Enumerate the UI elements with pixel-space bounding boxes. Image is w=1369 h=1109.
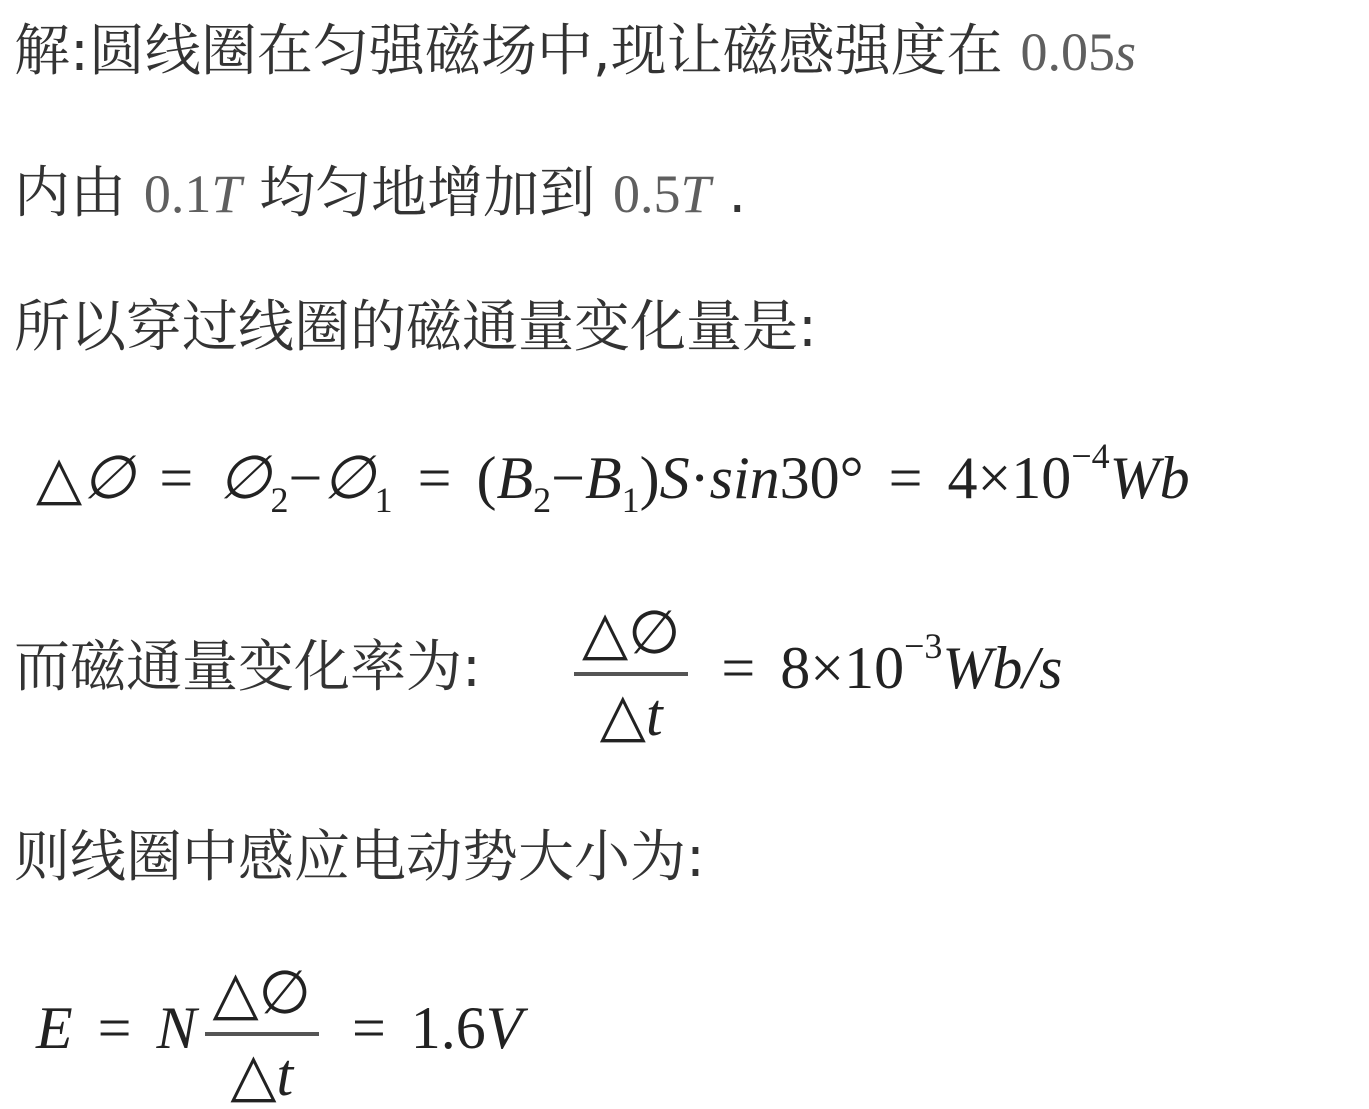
B2-symbol: B	[496, 445, 533, 511]
close-paren: )	[640, 445, 660, 511]
solution-line-4: 而磁通量变化率为:	[14, 640, 481, 696]
field-initial-number: 0.1	[144, 164, 212, 224]
equals-sign: =	[408, 445, 462, 511]
B1-subscript: 1	[622, 480, 640, 520]
emf-symbol: E	[36, 995, 73, 1061]
phi2-symbol: ∅	[218, 445, 270, 511]
solution-line-1: 解:圆线圈在匀强磁场中,现让磁感强度在 0.05s	[14, 24, 1136, 80]
phi-symbol: ∅	[82, 445, 134, 511]
time-value: 0.05s	[1020, 22, 1136, 82]
phi1-symbol: ∅	[322, 445, 374, 511]
turns-symbol: N	[157, 995, 197, 1061]
fraction-denominator: △t	[574, 682, 688, 748]
field-final-value: 0.5T	[613, 164, 711, 224]
period: .	[728, 161, 746, 226]
fraction-numerator: △∅	[205, 960, 319, 1026]
dot-operator: ·	[690, 445, 710, 511]
time-variable: t	[276, 1042, 293, 1108]
fraction-numerator: △∅	[574, 600, 688, 666]
field-initial-unit: T	[211, 164, 241, 224]
time-number: 0.05	[1020, 22, 1115, 82]
delta-symbol: △	[230, 1042, 276, 1108]
open-paren: (	[476, 445, 496, 511]
flux-rate-equation: △∅ △t = 8×10−3Wb/s	[566, 600, 1062, 748]
phi2-subscript: 2	[271, 480, 289, 520]
emf-heading: 则线圈中感应电动势大小为:	[14, 825, 705, 890]
emf-equation: E = N △∅ △t = 1.6V	[36, 960, 522, 1108]
flux-exponent: −4	[1071, 436, 1109, 476]
flux-rate-fraction: △∅ △t	[574, 600, 688, 748]
text-segment: 均匀地增加到	[259, 161, 595, 226]
flux-coefficient: 4×10	[947, 445, 1071, 511]
solution-line-3: 所以穿过线圈的磁通量变化量是:	[14, 300, 817, 356]
flux-change-heading: 所以穿过线圈的磁通量变化量是:	[14, 295, 817, 360]
equals-sign: =	[88, 995, 142, 1061]
rate-unit: Wb/s	[942, 635, 1062, 701]
phi1-subscript: 1	[375, 480, 393, 520]
emf-unit: V	[486, 995, 523, 1061]
minus-sign: −	[551, 445, 585, 511]
time-unit: s	[1115, 22, 1136, 82]
B1-symbol: B	[585, 445, 622, 511]
equals-sign: =	[879, 445, 933, 511]
delta-symbol: △	[36, 445, 82, 511]
sin-function: sin	[710, 445, 780, 511]
rate-coefficient: 8×10	[780, 635, 904, 701]
fraction-bar	[205, 1032, 319, 1036]
field-final-number: 0.5	[613, 164, 681, 224]
time-variable: t	[646, 682, 663, 748]
fraction-denominator: △t	[205, 1042, 319, 1108]
delta-symbol: △	[600, 682, 646, 748]
B2-subscript: 2	[533, 480, 551, 520]
area-symbol: S	[660, 445, 690, 511]
rate-exponent: −3	[904, 626, 942, 666]
field-final-unit: T	[680, 164, 710, 224]
solution-line-2: 内由 0.1T 均匀地增加到 0.5T .	[14, 166, 746, 222]
field-initial-value: 0.1T	[144, 164, 242, 224]
minus-sign: −	[289, 445, 323, 511]
equals-sign: =	[342, 995, 396, 1061]
emf-value: 1.6	[411, 995, 486, 1061]
equals-sign: =	[711, 635, 765, 701]
flux-change-equation: △∅ = ∅2−∅1 = (B2−B1)S·sin30° = 4×10−4Wb	[36, 438, 1190, 518]
emf-fraction: △∅ △t	[205, 960, 319, 1108]
flux-unit: Wb	[1110, 445, 1190, 511]
solution-text: 解:圆线圈在匀强磁场中,现让磁感强度在	[14, 19, 1003, 84]
flux-rate-heading: 而磁通量变化率为:	[14, 635, 481, 700]
angle-value: 30°	[780, 445, 864, 511]
text-segment: 内由	[14, 161, 126, 226]
solution-line-5: 则线圈中感应电动势大小为:	[14, 830, 705, 886]
fraction-bar	[574, 672, 688, 676]
equals-sign: =	[149, 445, 203, 511]
